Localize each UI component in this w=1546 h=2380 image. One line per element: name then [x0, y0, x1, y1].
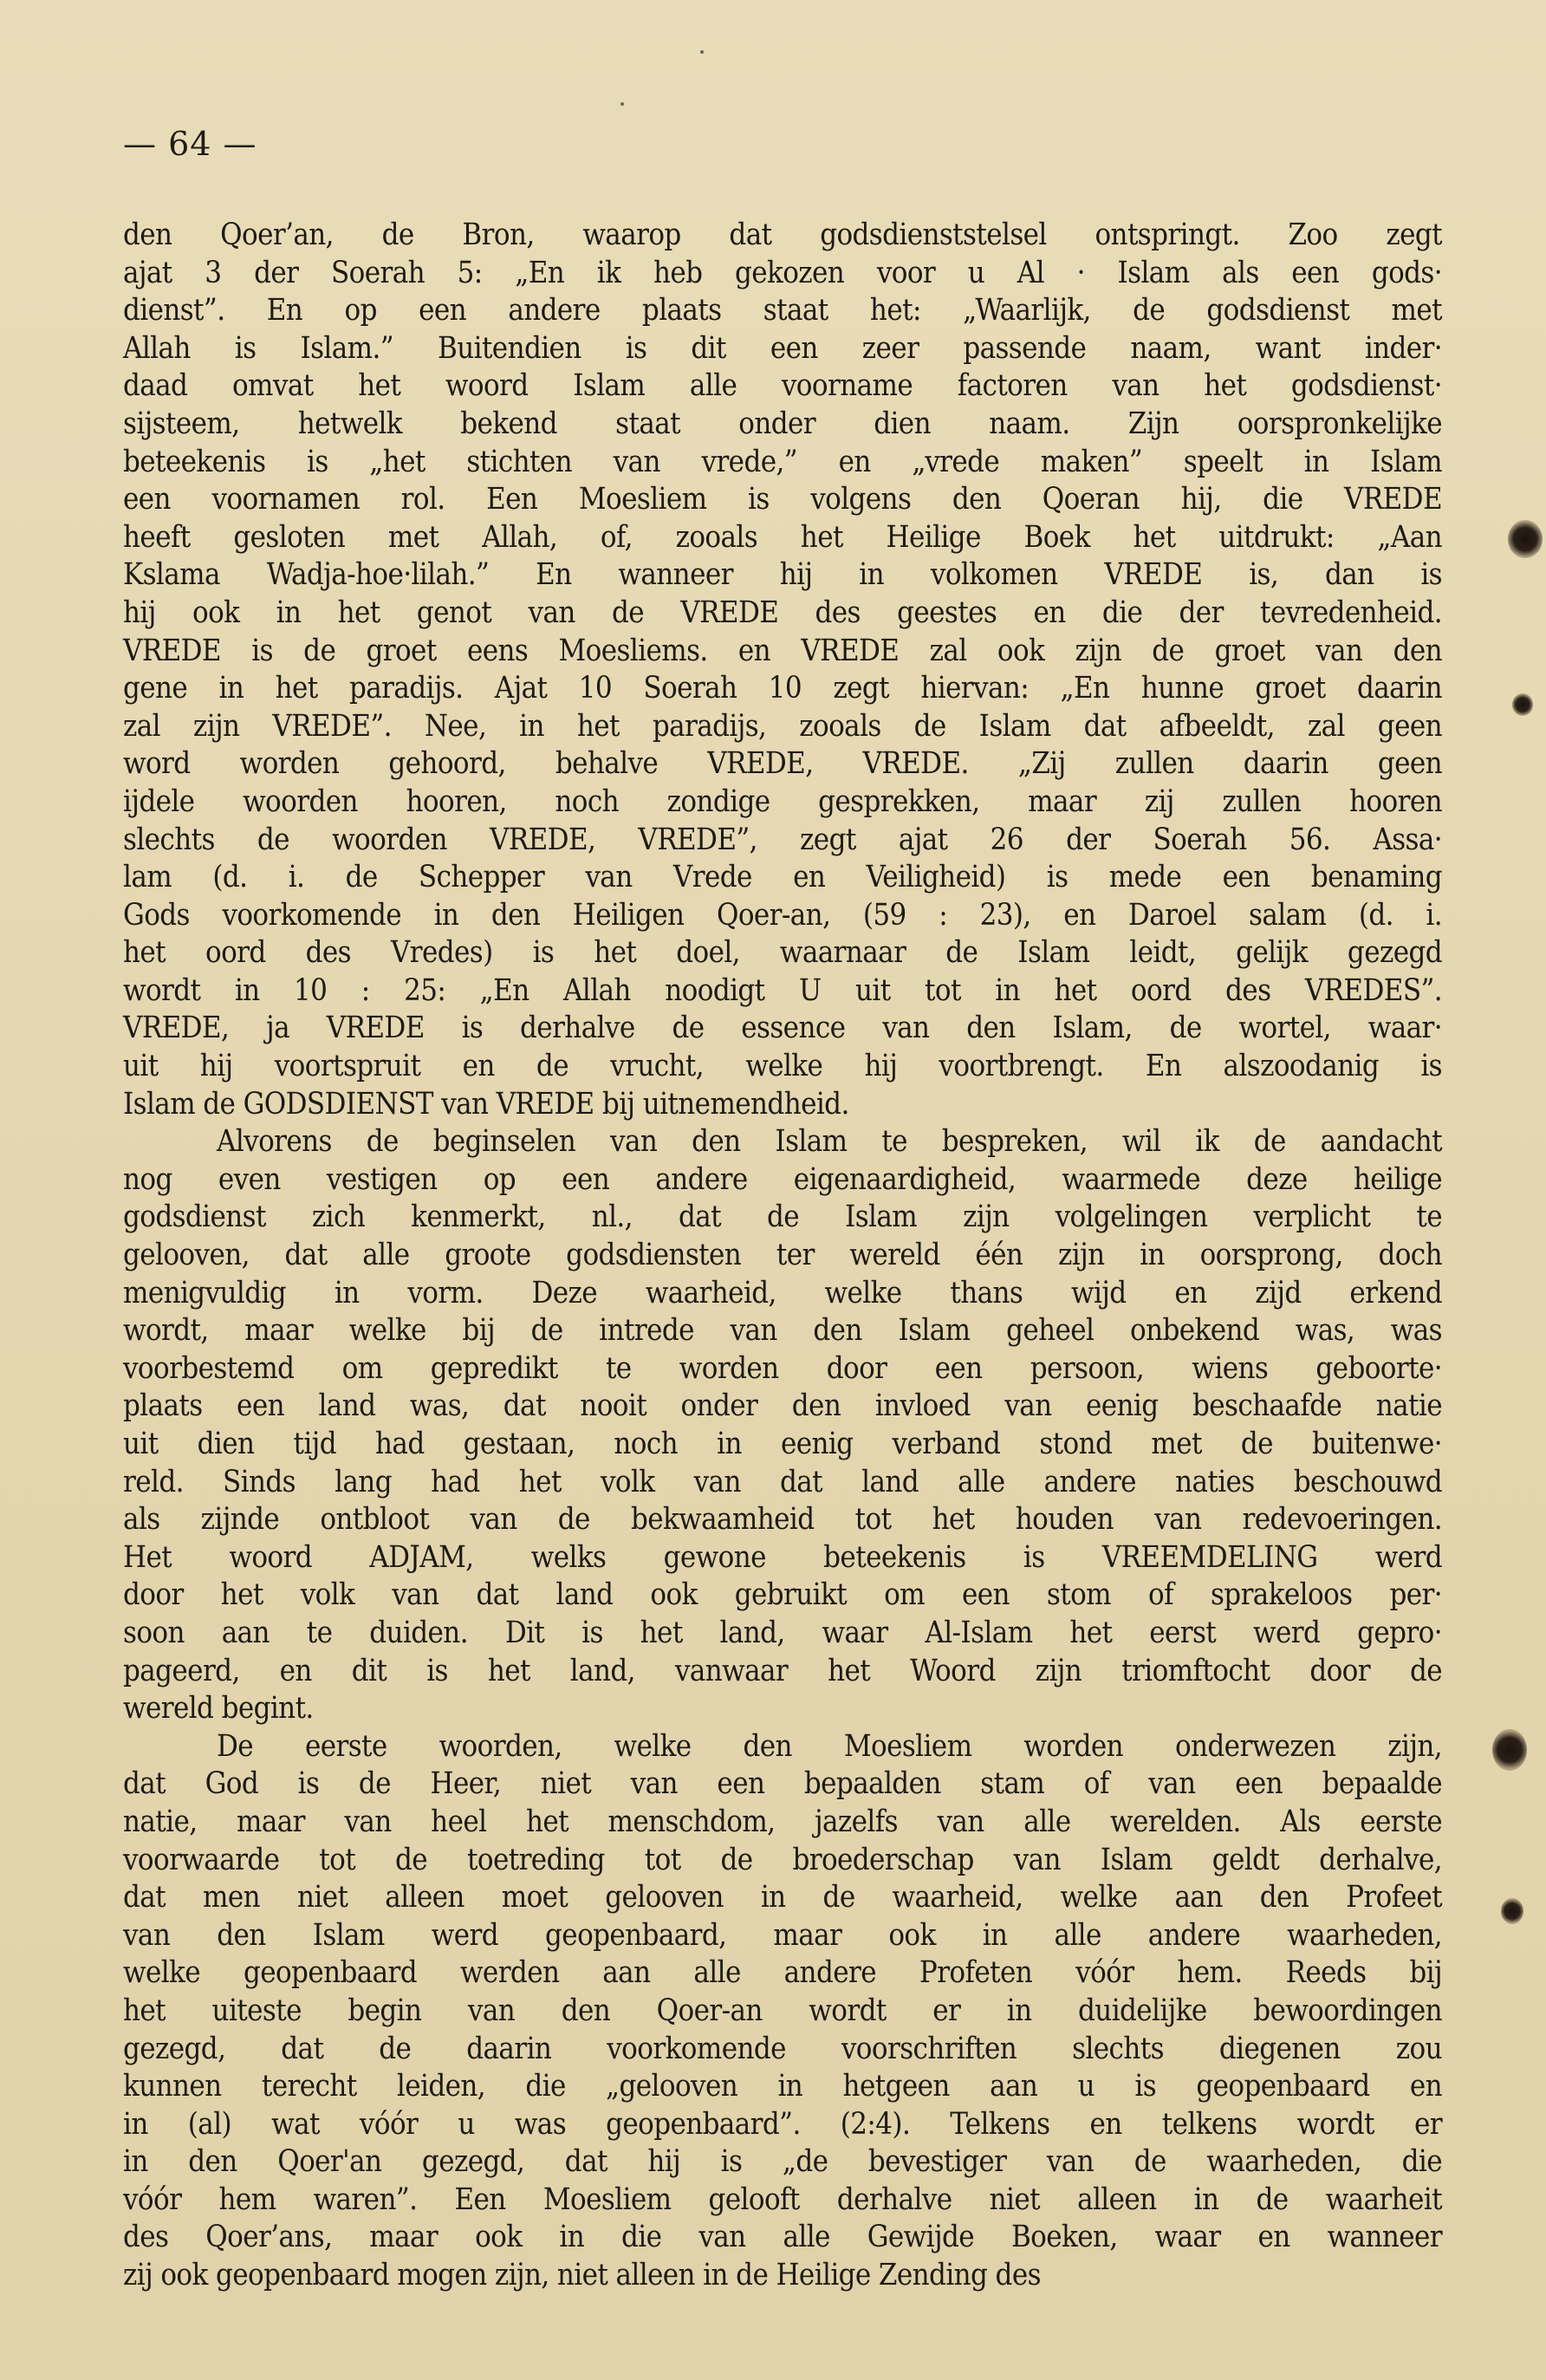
paper-speck [620, 102, 624, 106]
text-line: soon aan te duiden. Dit is het land, waa… [123, 1615, 1442, 1653]
paragraph-3: De eerste woorden, welke den Moesliem wo… [123, 1728, 1442, 2295]
text-line: zij ook geopenbaard mogen zijn, niet all… [123, 2257, 1442, 2295]
text-line: het oord des Vredes) is het doel, waarna… [123, 934, 1442, 972]
body-text: den Qoer’an, de Bron, waarop dat godsdie… [123, 217, 1442, 2295]
text-line: het uiteste begin van den Qoer-an wordt … [123, 1993, 1442, 2031]
text-line: van den Islam werd geopenbaard, maar ook… [123, 1917, 1442, 1955]
text-line: voorwaarde tot de toetreding tot de broe… [123, 1842, 1442, 1880]
text-line: VREDE, ja VREDE is derhalve de essence v… [123, 1010, 1442, 1048]
text-line: pageerd, en dit is het land, vanwaar het… [123, 1653, 1442, 1691]
text-line: VREDE is de groet eens Moesliems. en VRE… [123, 633, 1442, 671]
text-line: plaats een land was, dat nooit onder den… [123, 1388, 1442, 1426]
text-line: wordt, maar welke bij de intrede van den… [123, 1312, 1442, 1350]
text-line: dat men niet alleen moet gelooven in de … [123, 1879, 1442, 1917]
text-line: nog even vestigen op een andere eigenaar… [123, 1161, 1442, 1200]
binding-hole-icon [1492, 1729, 1527, 1771]
text-line: gelooven, dat alle groote godsdiensten t… [123, 1237, 1442, 1275]
text-line: Islam de GODSDIENST van VREDE bij uitnem… [123, 1086, 1442, 1124]
text-line: kunnen terecht leiden, die „gelooven in … [123, 2068, 1442, 2106]
text-line: zal zijn VREDE”. Nee, in het paradijs, z… [123, 708, 1442, 746]
text-line: een voornamen rol. Een Moesliem is volge… [123, 481, 1442, 519]
text-line: Het woord ADJAM, welks gewone beteekenis… [123, 1539, 1442, 1577]
text-line: in den Qoer'an gezegd, dat hij is „de be… [123, 2143, 1442, 2182]
text-line: gezegd, dat de daarin voorkomende voorsc… [123, 2031, 1442, 2069]
text-line: des Qoer’ans, maar ook in die van alle G… [123, 2219, 1442, 2257]
text-line: godsdienst zich kenmerkt, nl., dat de Is… [123, 1199, 1442, 1237]
text-line: reld. Sinds lang had het volk van dat la… [123, 1464, 1442, 1502]
text-line: Kslama Wadja-hoe·lilah.” En wanneer hij … [123, 556, 1442, 595]
text-line: wereld begint. [123, 1690, 1442, 1728]
text-line: heeft gesloten met Allah, of, zooals het… [123, 519, 1442, 557]
text-line: welke geopenbaard werden aan alle andere… [123, 1954, 1442, 1993]
text-line: hij ook in het genot van de VREDE des ge… [123, 595, 1442, 633]
text-line: als zijnde ontbloot van de bekwaamheid t… [123, 1501, 1442, 1539]
text-line: slechts de woorden VREDE, VREDE”, zegt a… [123, 822, 1442, 860]
text-line: Alvorens de beginselen van den Islam te … [123, 1123, 1442, 1161]
binding-hole-icon [1501, 1898, 1523, 1924]
scanned-book-page: — 64 — den Qoer’an, de Bron, waarop dat … [0, 0, 1546, 2380]
paper-speck [700, 50, 704, 54]
text-line: menigvuldig in vorm. Deze waarheid, welk… [123, 1275, 1442, 1313]
paragraph-1: den Qoer’an, de Bron, waarop dat godsdie… [123, 217, 1442, 1123]
paragraph-2: Alvorens de beginselen van den Islam te … [123, 1123, 1442, 1728]
text-line: word worden gehoord, behalve VREDE, VRED… [123, 745, 1442, 784]
text-line: wordt in 10 : 25: „En Allah noodigt U ui… [123, 972, 1442, 1011]
binding-hole-icon [1508, 520, 1543, 558]
text-line: gene in het paradijs. Ajat 10 Soerah 10 … [123, 670, 1442, 708]
text-line: dat God is de Heer, niet van een bepaald… [123, 1765, 1442, 1804]
text-line: door het volk van dat land ook gebruikt … [123, 1577, 1442, 1615]
text-line: uit dien tijd had gestaan, noch in eenig… [123, 1426, 1442, 1464]
text-line: sijsteem, hetwelk bekend staat onder die… [123, 406, 1442, 444]
text-line: lam (d. i. de Schepper van Vrede en Veil… [123, 859, 1442, 897]
text-line: dienst”. En op een andere plaats staat h… [123, 292, 1442, 330]
text-line: De eerste woorden, welke den Moesliem wo… [123, 1728, 1442, 1766]
text-line: den Qoer’an, de Bron, waarop dat godsdie… [123, 217, 1442, 255]
text-line: voorbestemd om gepredikt te worden door … [123, 1350, 1442, 1388]
text-line: Gods voorkomende in den Heiligen Qoer-an… [123, 897, 1442, 935]
page-number: — 64 — [123, 125, 257, 163]
text-line: beteekenis is „het stichten van vrede,” … [123, 444, 1442, 482]
text-line: ijdele woorden hooren, noch zondige gesp… [123, 784, 1442, 822]
text-line: ajat 3 der Soerah 5: „En ik heb gekozen … [123, 255, 1442, 293]
binding-hole-icon [1512, 693, 1533, 716]
text-line: uit hij voortspruit en de vrucht, welke … [123, 1048, 1442, 1086]
text-line: natie, maar van heel het menschdom, jaze… [123, 1804, 1442, 1842]
text-line: in (al) wat vóór u was geopenbaard”. (2:… [123, 2106, 1442, 2144]
text-line: vóór hem waren”. Een Moesliem gelooft de… [123, 2182, 1442, 2220]
text-line: daad omvat het woord Islam alle voorname… [123, 367, 1442, 406]
text-line: Allah is Islam.” Buitendien is dit een z… [123, 330, 1442, 368]
